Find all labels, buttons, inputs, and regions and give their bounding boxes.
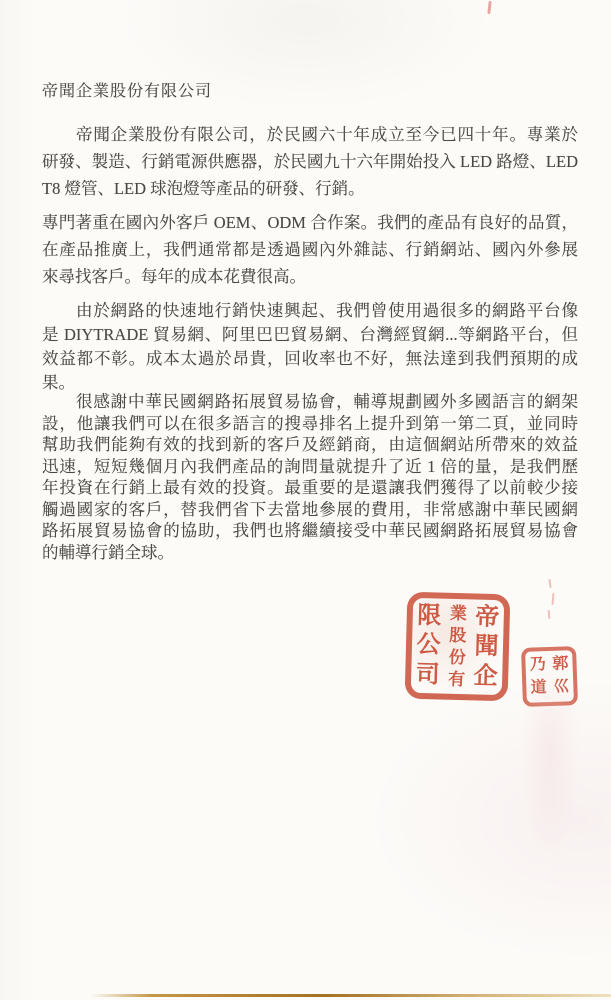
seal-column: 乃道 <box>526 653 550 701</box>
seal-character: 公 <box>416 633 441 658</box>
seal-character: 乃 <box>530 657 547 674</box>
text-line: 在產品推廣上，我們通常都是透過國內外雜誌、行銷網站、國內外參展 <box>42 236 578 263</box>
text-line: 觸過國家的客戶，替我們省下去當地參展的費用，非常感謝中華民國網 <box>42 499 578 521</box>
paragraph: 帝聞企業股份有限公司，於民國六十年成立至今已四十年。專業於研發、製造、行銷電源供… <box>42 121 578 202</box>
text-line: 很感謝中華民國網路拓展貿易協會，輔導規劃國外多國語言的網架 <box>42 391 578 413</box>
paragraph: 專門著重在國內外客戶 OEM、ODM 合作案。我們的產品有良好的品質，在產品推廣… <box>42 209 578 290</box>
scanned-letter: 帝聞企業股份有限公司 帝聞企業股份有限公司，於民國六十年成立至今已四十年。專業於… <box>42 80 578 563</box>
paragraph: 很感謝中華民國網路拓展貿易協會，輔導規劃國外多國語言的網架設，他讓我們可以在很多… <box>42 391 578 563</box>
text-line: 幫助我們能夠有效的找到新的客戶及經銷商，由這個網站所帶來的效益 <box>42 434 578 456</box>
company-seal-stamp: 帝聞企業股份有限公司 <box>405 592 511 702</box>
text-line: 迅速，短短幾個月內我們產品的詢問量就提升了近 1 倍的量，是我們歷 <box>42 456 578 478</box>
name-seal-stamp: 郭巛乃道 <box>521 646 578 707</box>
seal-character: 企 <box>473 665 498 690</box>
red-ink-scratch <box>548 610 551 619</box>
seal-column: 業股份有 <box>442 602 473 692</box>
text-line: 設，他讓我們可以在很多語言的搜尋排名上提升到第一第二頁，並同時 <box>42 413 578 435</box>
page-edge-gold-line <box>90 994 611 997</box>
paragraph: 由於網路的快速地行銷快速興起、我們曾使用過很多的網路平台像是 DIYTRADE … <box>42 299 578 395</box>
seal-character: 聞 <box>474 635 499 660</box>
seal-column: 限公司 <box>413 601 444 691</box>
seal-character: 巛 <box>553 680 570 697</box>
red-ink-scratch <box>548 579 551 588</box>
seal-column: 帝聞企 <box>471 602 502 692</box>
text-line: 年投資在行銷上最有效的投資。最重要的是還讓我們獲得了以前較少接 <box>42 477 578 499</box>
text-line: 帝聞企業股份有限公司，於民國六十年成立至今已四十年。專業於 <box>42 121 578 148</box>
letter-body: 帝聞企業股份有限公司，於民國六十年成立至今已四十年。專業於研發、製造、行銷電源供… <box>42 121 578 563</box>
text-line: 來尋找客戶。每年的成本花費很高。 <box>42 263 578 290</box>
company-name-heading: 帝聞企業股份有限公司 <box>42 80 578 104</box>
red-ink-scratch <box>551 593 554 605</box>
text-line: 由於網路的快速地行銷快速興起、我們曾使用過很多的網路平台像 <box>42 299 578 323</box>
text-line: 研發、製造、行銷電源供應器，於民國九十六年開始投入 LED 路燈、LED <box>42 148 578 175</box>
seal-column: 郭巛 <box>549 652 573 700</box>
seal-character: 道 <box>530 680 547 697</box>
seal-character: 限 <box>417 604 442 629</box>
text-line: 專門著重在國內外客戶 OEM、ODM 合作案。我們的產品有良好的品質， <box>42 209 578 236</box>
text-line: T8 燈管、LED 球泡燈等產品的研發、行銷。 <box>42 175 578 202</box>
seal-character: 郭 <box>552 656 569 673</box>
seal-character: 份 <box>448 649 465 666</box>
red-ink-mark-top <box>487 1 491 14</box>
seal-character: 有 <box>448 671 465 688</box>
text-line: 是 DIYTRADE 貿易網、阿里巴巴貿易網、台灣經貿網...等網路平台，但 <box>42 323 578 347</box>
seal-character: 帝 <box>475 605 500 630</box>
text-line: 路拓展貿易協會的協助，我們也將繼續接受中華民國網路拓展貿易協會 <box>42 520 578 542</box>
text-line: 效益都不彰。成本太過於昂貴，回收率也不好，無法達到我們預期的成 <box>42 347 578 371</box>
seal-character: 股 <box>449 627 466 644</box>
text-line: 的輔導行銷全球。 <box>42 542 578 564</box>
seal-character: 司 <box>415 663 440 688</box>
seal-character: 業 <box>450 604 467 621</box>
